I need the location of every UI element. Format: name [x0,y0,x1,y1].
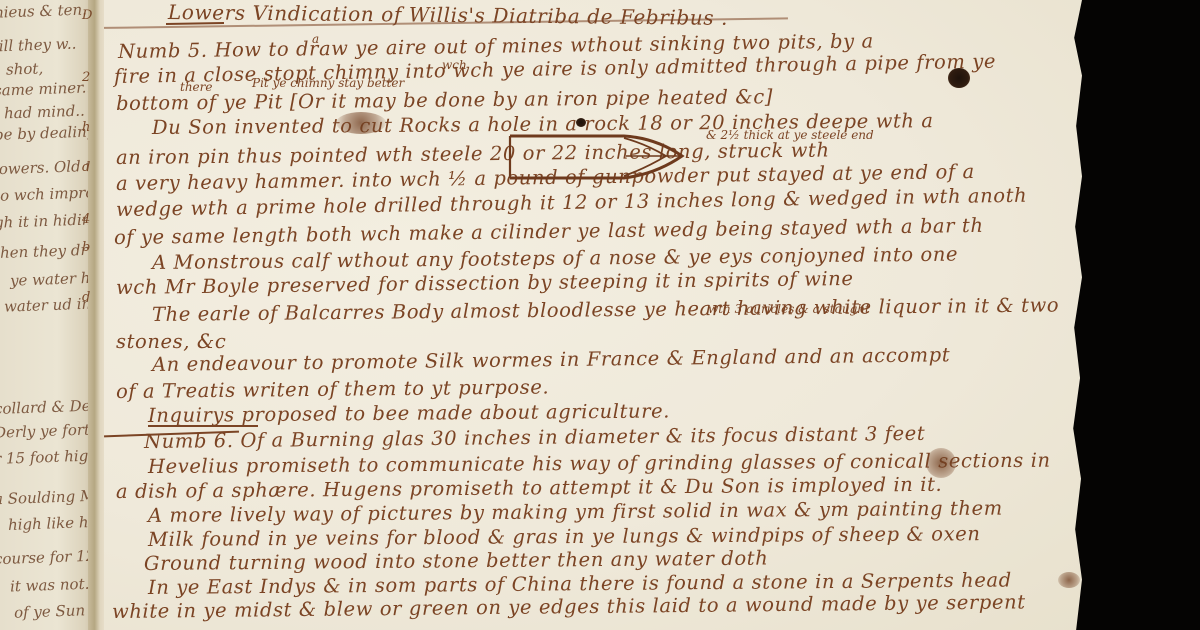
left-page-fragment: shot, [6,59,44,78]
manuscript-line: of a Treatis writen of them to yt purpos… [116,375,549,403]
left-page-fragment: lill they w.. [0,35,77,56]
ink-smudge [926,448,956,478]
gutter-mark: d [82,160,90,175]
inquirys-underline [148,425,258,427]
left-page-fragment: same miner.. [0,78,91,99]
manuscript-line: The earle of Balcarres Body almost blood… [152,294,1059,326]
manuscript-line: Numb 6. Of a Burning glas 30 inches in d… [144,422,926,453]
gutter-mark: 4 [82,212,90,227]
iron-pin-diagram [506,130,686,186]
ink-smudge [1058,572,1080,588]
gutter-mark: D [82,8,92,23]
gutter-mark: d [82,290,90,305]
manuscript-line: Inquirys proposed to bee made about agri… [148,399,670,427]
manuscript-line: Milk found in ye veins for blood & gras … [148,522,981,551]
manuscript-scan: nieus & ten.. lill they w.. shot, same m… [0,0,1200,630]
ink-dot [576,118,586,127]
gutter-mark: b [82,240,90,255]
crossed-out-word [336,112,386,134]
dark-background [1082,0,1200,630]
gutter-mark: h [82,120,90,135]
manuscript-page: Lowers Vindication of Willis's Diatriba … [104,0,1082,630]
manuscript-line: stones, &c [116,330,226,353]
left-page-fragment: had mind.. [4,102,85,123]
gutter-mark: 2 [82,70,90,85]
manuscript-line: An endeavour to promote Silk wormes in F… [152,343,951,376]
ink-blot [948,68,970,88]
left-page-fragment: nieus & ten.. [0,0,92,21]
gutter-marks: D 2 h d 4 b d [82,0,92,630]
